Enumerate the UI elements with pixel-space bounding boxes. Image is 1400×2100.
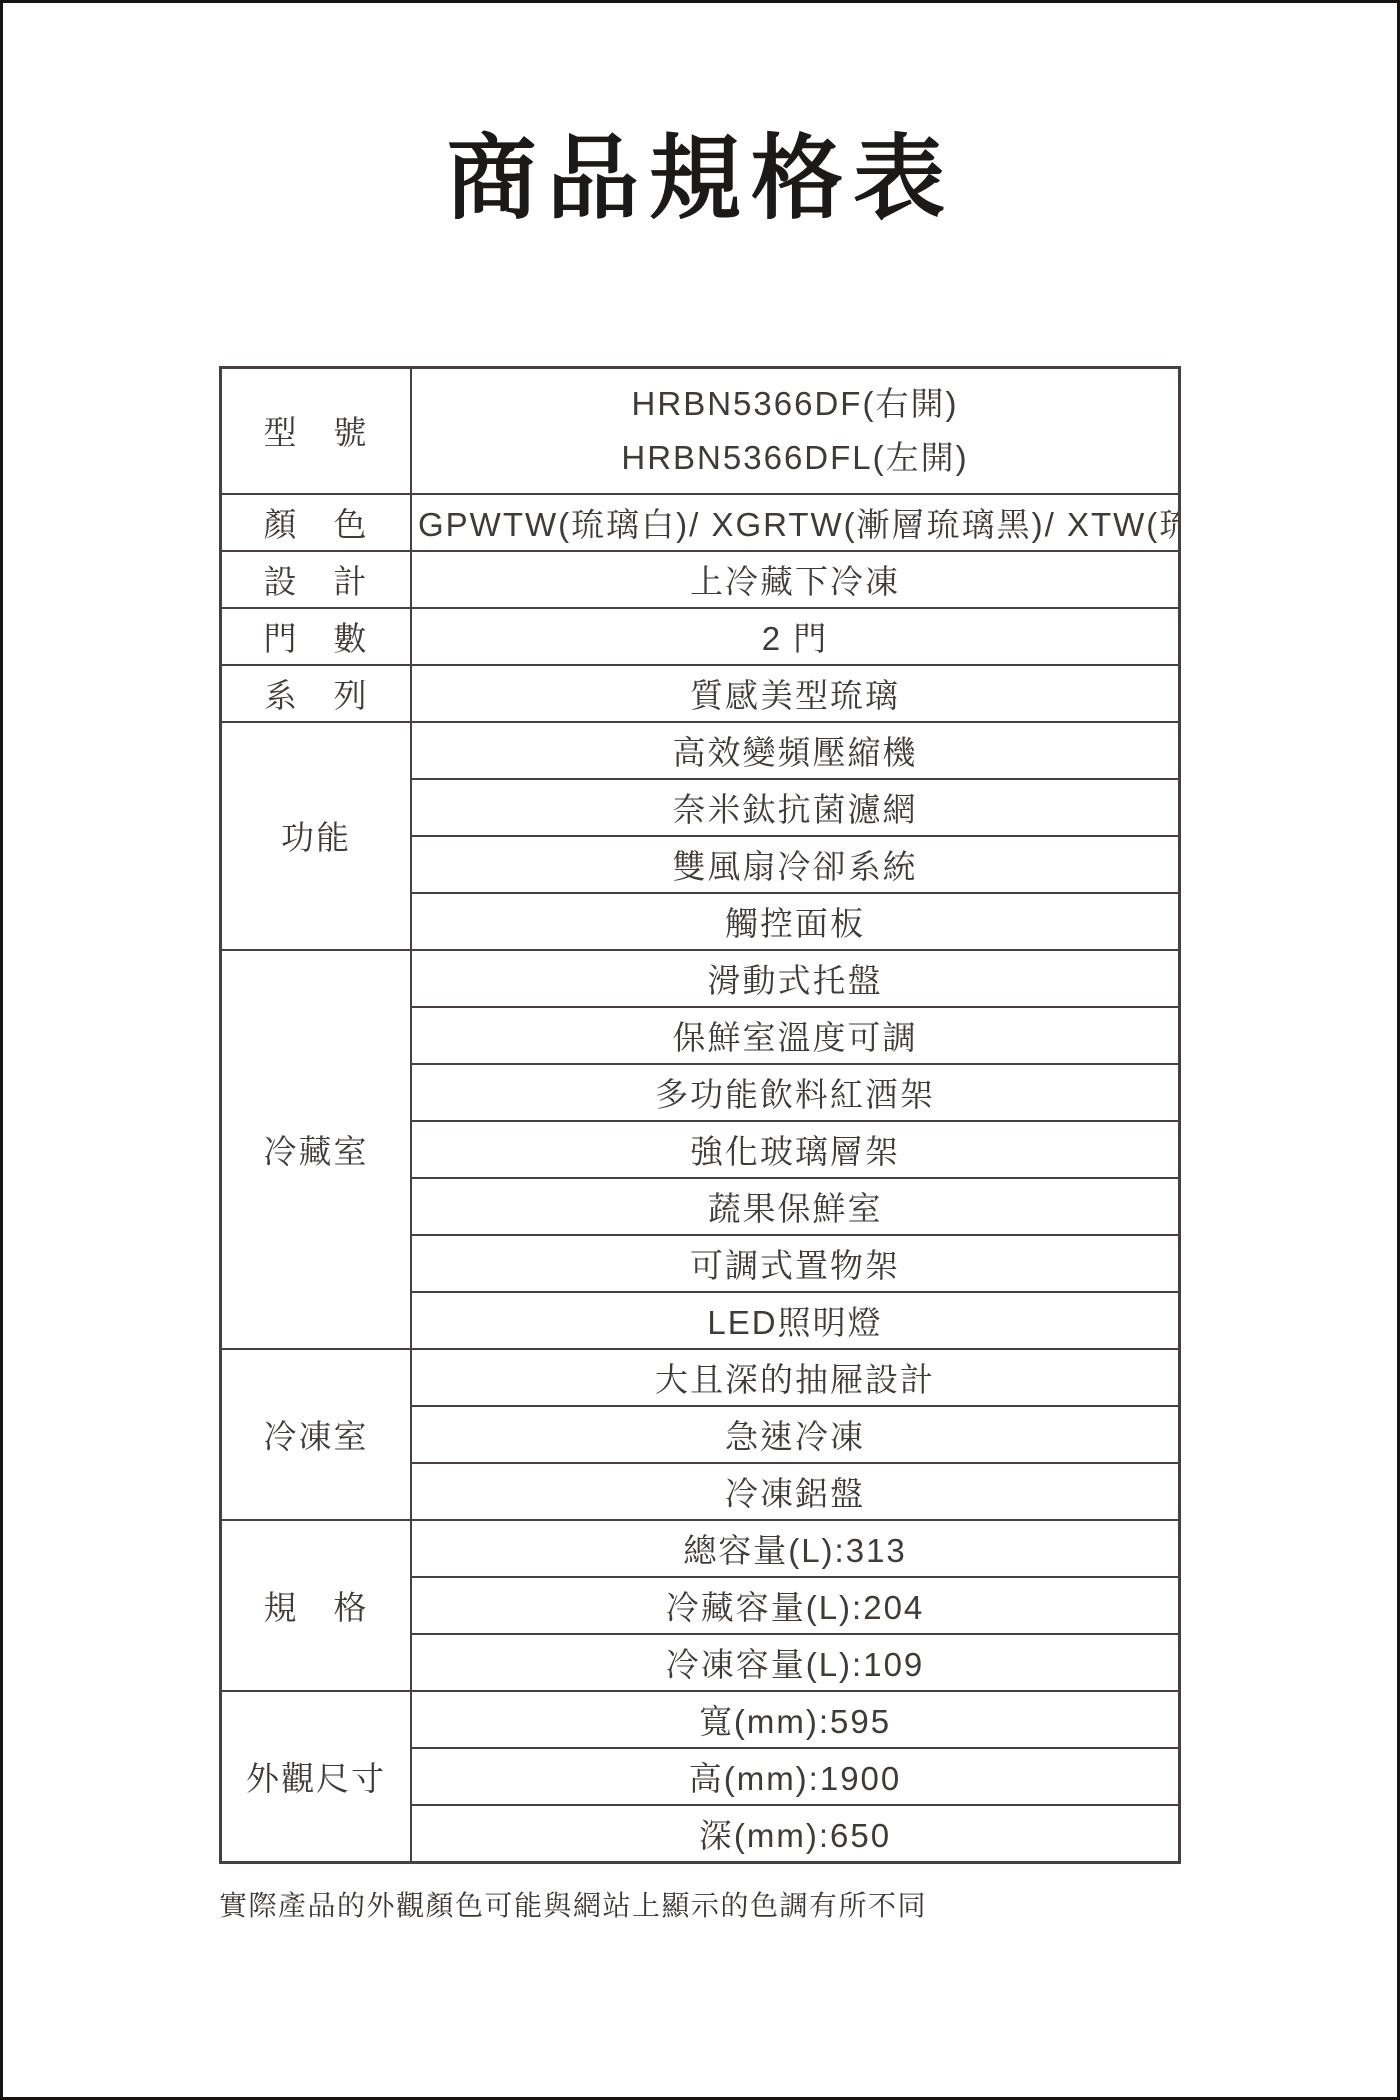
dimension-item: 高(mm):1900: [411, 1748, 1180, 1805]
freezer-item: 冷凍鋁盤: [411, 1463, 1180, 1520]
table-row-function: 功能 高效變頻壓縮機: [221, 722, 1180, 779]
row-label-doors: 門 數: [221, 608, 412, 665]
table-row-model: 型 號 HRBN5366DF(右開) HRBN5366DFL(左開): [221, 367, 1180, 494]
row-label-capacity: 規 格: [221, 1520, 412, 1691]
capacity-item: 冷凍容量(L):109: [411, 1634, 1180, 1691]
capacity-item: 冷藏容量(L):204: [411, 1577, 1180, 1634]
fridge-item: 可調式置物架: [411, 1235, 1180, 1292]
doors-value-cell: 2 門: [411, 608, 1180, 665]
row-label-freezer: 冷凍室: [221, 1349, 412, 1520]
row-label-design: 設 計: [221, 551, 412, 608]
row-label-dimensions: 外觀尺寸: [221, 1691, 412, 1863]
fridge-item: LED照明燈: [411, 1292, 1180, 1349]
row-label-model: 型 號: [221, 367, 412, 494]
fridge-item: 保鮮室溫度可調: [411, 1007, 1180, 1064]
fridge-item: 多功能飲料紅酒架: [411, 1064, 1180, 1121]
footnote: 實際產品的外觀顏色可能與網站上顯示的色調有所不同: [219, 1884, 1181, 1924]
row-label-fridge: 冷藏室: [221, 950, 412, 1349]
table-row-dimensions: 外觀尺寸 寬(mm):595: [221, 1691, 1180, 1748]
color-value-cell: GPWTW(琉璃白)/ XGRTW(漸層琉璃黑)/ XTW(琉璃鏡)僅限右開: [411, 494, 1180, 551]
table-row-fridge: 冷藏室 滑動式托盤: [221, 950, 1180, 1007]
page-title: 商品規格表: [3, 3, 1397, 234]
dimension-item: 深(mm):650: [411, 1805, 1180, 1863]
spec-sheet-page: 商品規格表 型 號 HRBN5366DF(右開) HRBN5366DFL(左開)…: [0, 0, 1400, 2100]
row-label-function: 功能: [221, 722, 412, 950]
fridge-item: 蔬果保鮮室: [411, 1178, 1180, 1235]
table-row-color: 顏 色 GPWTW(琉璃白)/ XGRTW(漸層琉璃黑)/ XTW(琉璃鏡)僅限…: [221, 494, 1180, 551]
function-item: 高效變頻壓縮機: [411, 722, 1180, 779]
row-label-series: 系 列: [221, 665, 412, 722]
function-item: 奈米鈦抗菌濾網: [411, 779, 1180, 836]
function-item: 雙風扇冷卻系統: [411, 836, 1180, 893]
function-item: 觸控面板: [411, 893, 1180, 950]
table-row-capacity: 規 格 總容量(L):313: [221, 1520, 1180, 1577]
model-line-right-open: HRBN5366DF(右開): [418, 377, 1172, 431]
row-label-color: 顏 色: [221, 494, 412, 551]
model-value-cell: HRBN5366DF(右開) HRBN5366DFL(左開): [411, 367, 1180, 494]
fridge-item: 滑動式托盤: [411, 950, 1180, 1007]
design-value-cell: 上冷藏下冷凍: [411, 551, 1180, 608]
table-row-freezer: 冷凍室 大且深的抽屜設計: [221, 1349, 1180, 1406]
spec-table: 型 號 HRBN5366DF(右開) HRBN5366DFL(左開) 顏 色 G…: [219, 366, 1181, 1864]
table-row-design: 設 計 上冷藏下冷凍: [221, 551, 1180, 608]
freezer-item: 大且深的抽屜設計: [411, 1349, 1180, 1406]
capacity-item: 總容量(L):313: [411, 1520, 1180, 1577]
fridge-item: 強化玻璃層架: [411, 1121, 1180, 1178]
table-row-doors: 門 數 2 門: [221, 608, 1180, 665]
model-line-left-open: HRBN5366DFL(左開): [418, 431, 1172, 485]
dimension-item: 寬(mm):595: [411, 1691, 1180, 1748]
freezer-item: 急速冷凍: [411, 1406, 1180, 1463]
table-row-series: 系 列 質感美型琉璃: [221, 665, 1180, 722]
series-value-cell: 質感美型琉璃: [411, 665, 1180, 722]
